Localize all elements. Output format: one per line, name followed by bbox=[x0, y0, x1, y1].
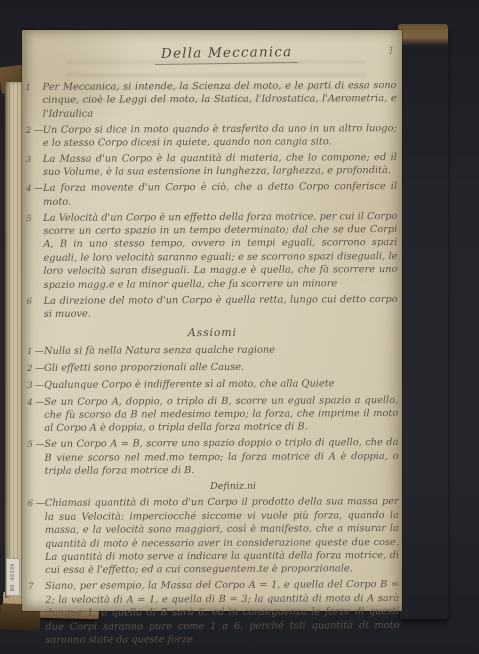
paragraph-number: 2 — bbox=[26, 124, 43, 151]
paragraph-number: 7 bbox=[28, 580, 45, 647]
axioms-heading: Assiomi bbox=[27, 325, 398, 340]
paragraph-number: 1 bbox=[26, 81, 43, 121]
axiom-paragraph: 5 — Se un Corpo A = B, scorre uno spazio… bbox=[27, 436, 398, 478]
paragraph-text: La Velocità d'un Corpo è un effetto dell… bbox=[43, 210, 397, 292]
archive-sticker-label: BO 48396 bbox=[10, 563, 16, 591]
archive-sticker: BO 48396 bbox=[6, 558, 20, 596]
quantity-of-motion-paragraph: 6 — Chiamasi quantità di moto d'un Corpo… bbox=[28, 495, 399, 577]
definition-paragraph: 6 La direzione del moto d'un Corpo è que… bbox=[27, 293, 398, 322]
definition-paragraph: 5 La Velocità d'un Corpo è un effetto de… bbox=[26, 210, 397, 292]
axiom-paragraph: 1 — Nulla si fà nella Natura senza qualc… bbox=[27, 343, 398, 359]
paragraph-number: 4 — bbox=[27, 395, 44, 435]
paragraph-text: Se un Corpo A, doppio, o triplo di B, sc… bbox=[44, 394, 398, 436]
paragraph-text: Siano, per esempio, la Massa del Corpo A… bbox=[45, 578, 399, 647]
axiom-paragraph: 2 — Gli effetti sono proporzionali alle … bbox=[27, 360, 398, 376]
axiom-paragraph: 3 — Qualunque Corpo è indifferente sì al… bbox=[27, 377, 398, 393]
paragraph-text: La forza movente d'un Corpo è ciò, che a… bbox=[43, 180, 397, 209]
paragraph-text: Per Meccanica, si intende, la Scienza de… bbox=[43, 79, 397, 121]
axiom-paragraph: 4 — Se un Corpo A, doppio, o triplo di B… bbox=[27, 394, 398, 436]
paragraph-text: Gli effetti sono proporzionali alle Caus… bbox=[44, 360, 398, 376]
paragraph-number: 6 bbox=[27, 294, 44, 321]
book-photo: BO 48396 1 Della Meccanica 1 Per Meccani… bbox=[0, 0, 479, 654]
facing-page-edge-strip bbox=[5, 82, 23, 598]
paragraph-number: 4 — bbox=[26, 182, 43, 209]
paragraph-text: La Massa d'un Corpo è la quantità di mat… bbox=[43, 151, 397, 180]
paragraph-number: 5 bbox=[26, 212, 43, 293]
paragraph-number: 3 bbox=[26, 153, 43, 180]
paragraph-text: Chiamasi quantità di moto d'un Corpo il … bbox=[45, 495, 399, 577]
book-fore-edge bbox=[400, 26, 448, 619]
paragraph-number: 1 — bbox=[27, 345, 44, 359]
paragraph-number: 3 — bbox=[27, 379, 44, 393]
definition-paragraph: 4 — La forza movente d'un Corpo è ciò, c… bbox=[26, 180, 397, 209]
definition-paragraph: 1 Per Meccanica, si intende, la Scienza … bbox=[26, 79, 397, 121]
definition-paragraph: 3 La Massa d'un Corpo è la quantità di m… bbox=[26, 151, 397, 180]
paragraph-number: 5 — bbox=[27, 438, 44, 478]
page-number: 1 bbox=[388, 46, 394, 57]
paragraph-number: 2 — bbox=[27, 362, 44, 376]
paragraph-text: Se un Corpo A = B, scorre uno spazio dop… bbox=[44, 436, 398, 478]
paragraph-text: Un Corpo si dice in moto quando è trasfe… bbox=[43, 122, 397, 151]
manuscript-page: 1 Della Meccanica 1 Per Meccanica, si in… bbox=[22, 30, 402, 611]
manuscript-body: 1 Per Meccanica, si intende, la Scienza … bbox=[26, 79, 400, 650]
paragraph-number: 6 — bbox=[28, 497, 45, 578]
example-paragraph: 7 Siano, per esempio, la Massa del Corpo… bbox=[28, 578, 399, 647]
paragraph-text: Nulla si fà nella Natura senza qualche r… bbox=[44, 343, 398, 359]
paragraph-text: La direzione del moto d'un Corpo è quell… bbox=[44, 293, 398, 322]
paragraph-text: Qualunque Corpo è indifferente sì al mot… bbox=[44, 377, 398, 393]
page-title: Della Meccanica bbox=[155, 44, 299, 65]
definitions-subheading: Definiz.ni bbox=[68, 479, 399, 494]
definition-paragraph: 2 — Un Corpo si dice in moto quando è tr… bbox=[26, 122, 397, 151]
